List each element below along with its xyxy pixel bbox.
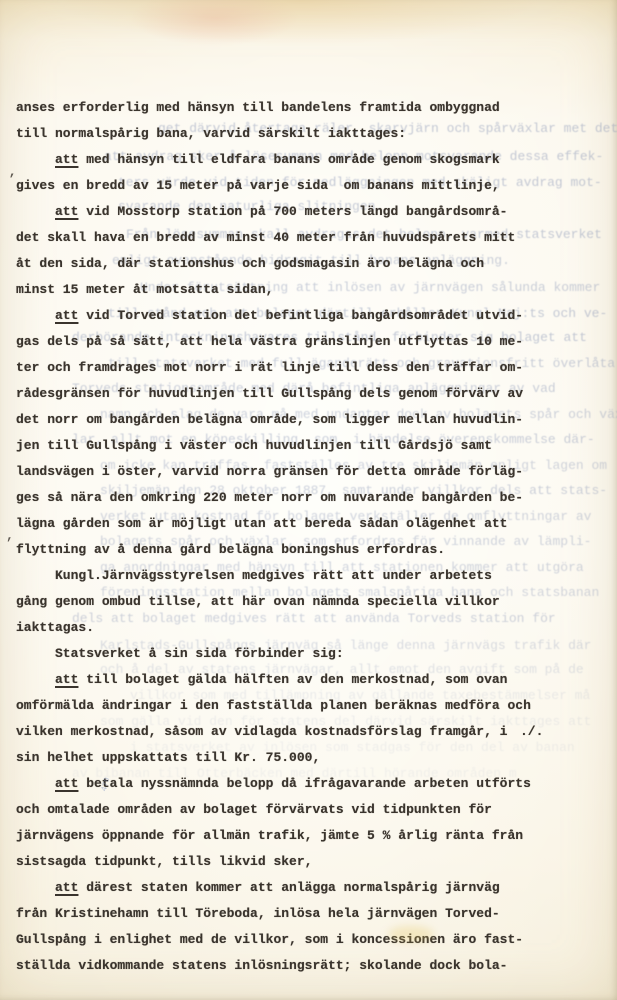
margin-scribble: 479 — [100, 776, 112, 792]
paper-stain — [388, 926, 434, 942]
margin-comma: , — [6, 528, 14, 543]
margin-marks-layer: ’,479 — [0, 0, 617, 1000]
margin-apostrophe: ’ — [8, 172, 16, 187]
scanned-document-page: get därvid återtaga räler, skarvjärn och… — [0, 0, 617, 1000]
